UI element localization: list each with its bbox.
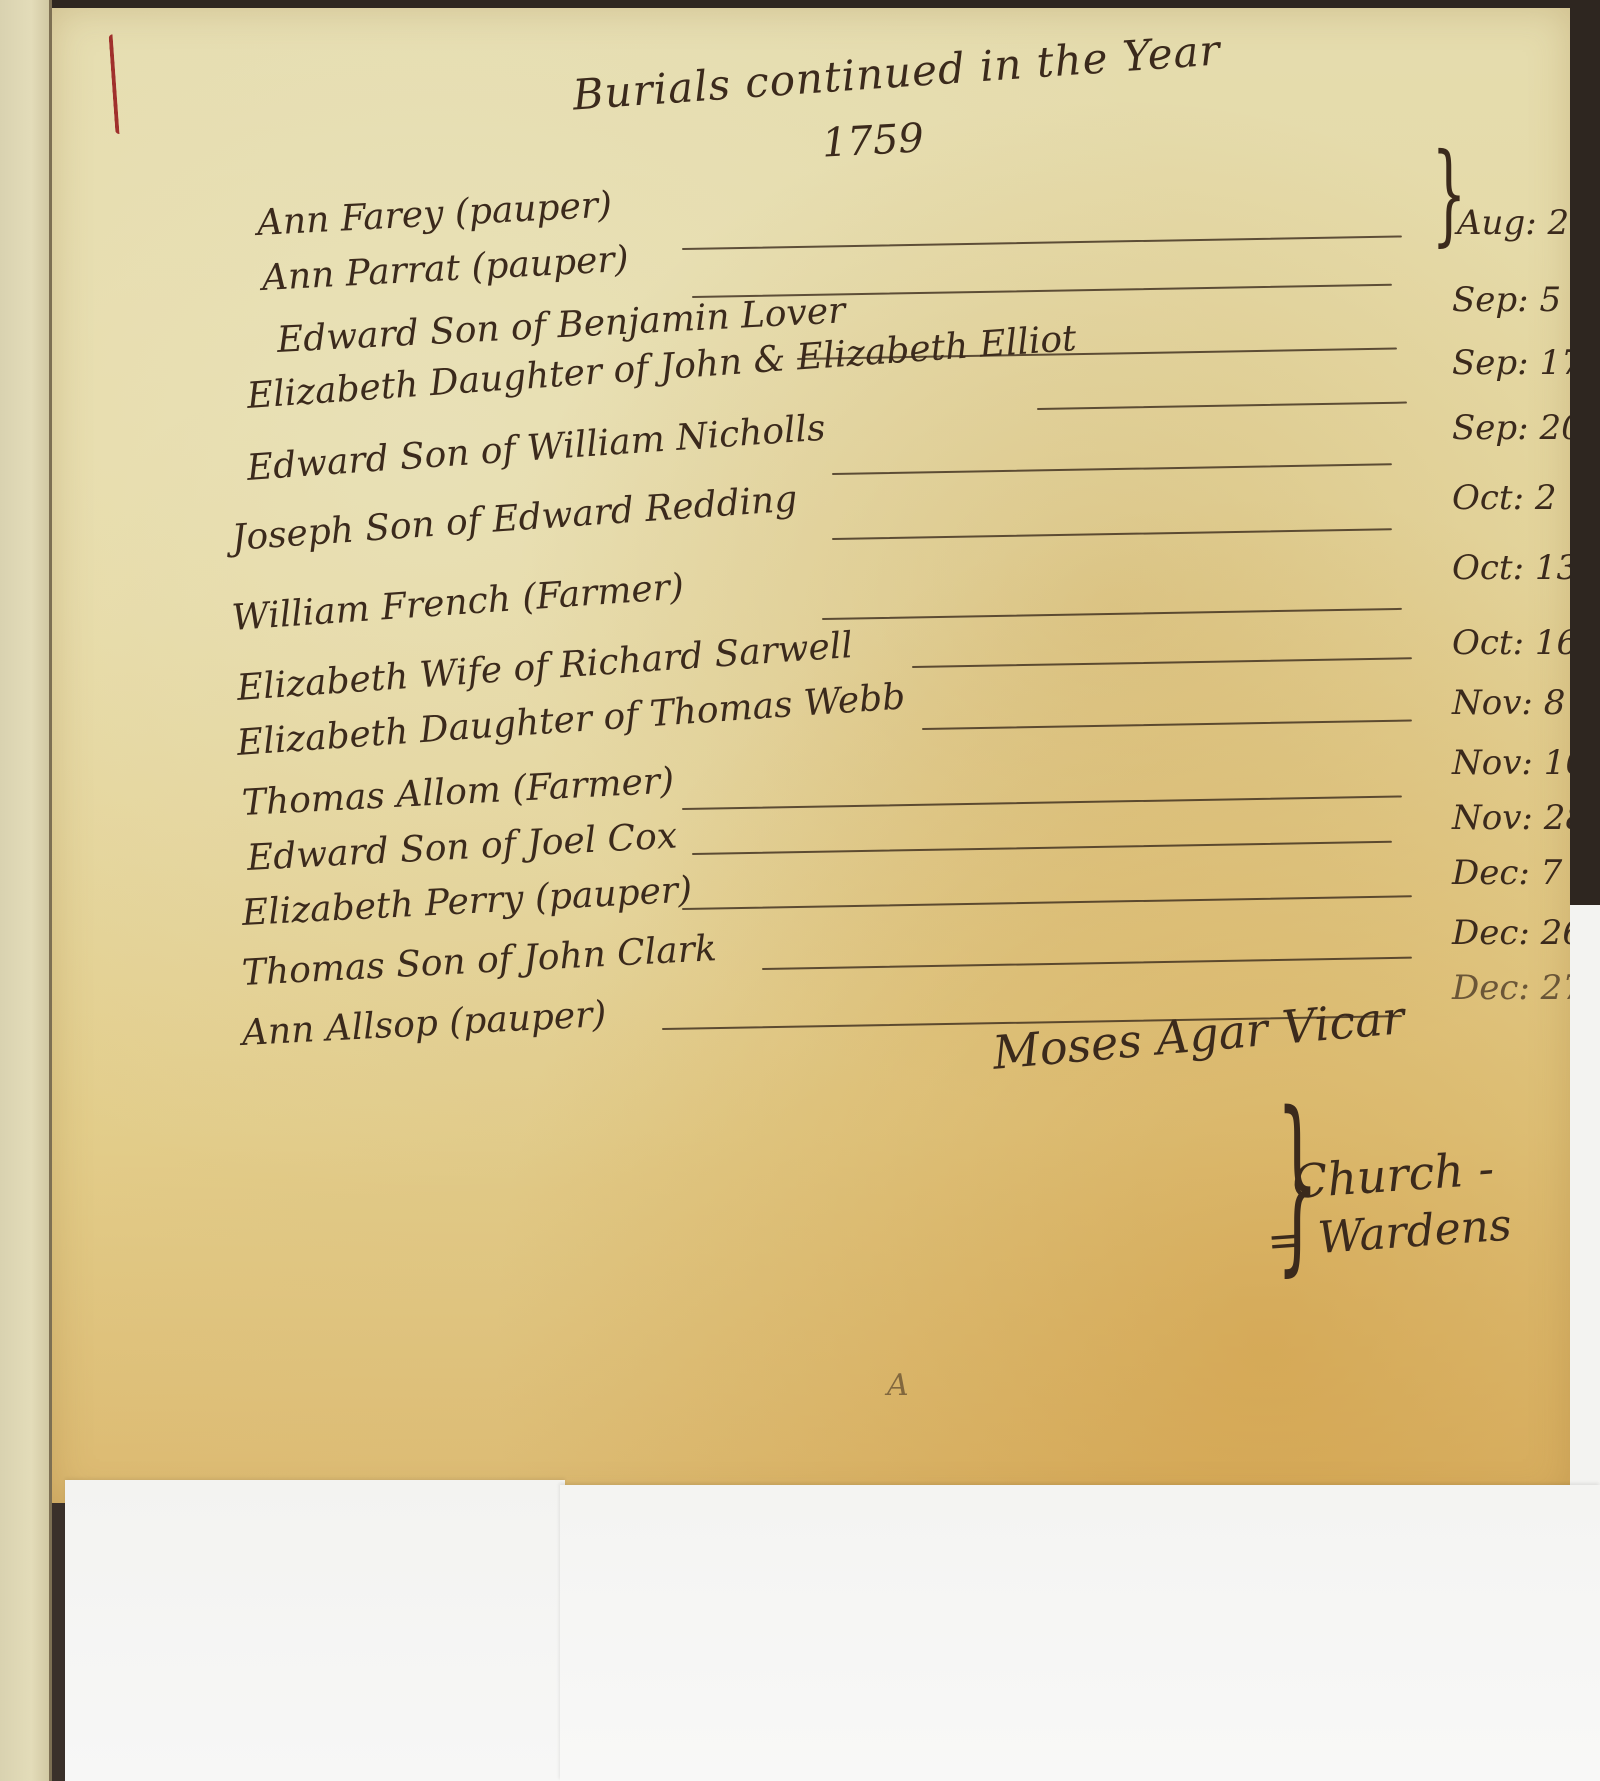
entry-date: Nov: 8 xyxy=(1452,683,1565,723)
red-thread-bookmark xyxy=(109,34,128,135)
entry-dash-rule xyxy=(822,608,1402,620)
entry-name: Elizabeth Perry (pauper) xyxy=(241,869,693,934)
vicar-signature: Moses Agar Vicar xyxy=(990,990,1406,1080)
entry-dash-rule xyxy=(682,795,1402,810)
white-backing-sheet-right xyxy=(560,1485,1600,1781)
entry-name: Joseph Son of Edward Redding xyxy=(231,479,799,559)
backing-paper-right xyxy=(1570,905,1600,1505)
entry-date: Sep: 17 xyxy=(1452,343,1583,383)
entry-dash-rule xyxy=(912,657,1412,668)
entry-date: Oct: 2 xyxy=(1452,478,1556,518)
entry-date: Dec: 27 xyxy=(1452,968,1570,1008)
entry-dash-rule xyxy=(682,235,1402,250)
entry-name: Thomas Son of John Clark xyxy=(241,928,718,994)
entry-name: Edward Son of Joel Cox xyxy=(246,815,678,878)
entry-name: Thomas Allom (Farmer) xyxy=(241,760,675,824)
entry-name: Edward Son of William Nicholls xyxy=(246,408,827,489)
entry-date: Dec: 26 xyxy=(1452,913,1584,953)
entry-date: Sep: 20 xyxy=(1452,408,1583,448)
previous-page-edge xyxy=(0,0,52,1781)
background-top xyxy=(0,0,1600,8)
entry-name: Ann Parrat (pauper) xyxy=(261,239,630,299)
entry-date: Sep: 5 xyxy=(1452,280,1561,320)
entry-name: Ann Allsop (pauper) xyxy=(241,994,607,1054)
entry-dash-rule xyxy=(832,528,1392,540)
churchwardens-label-church: Church - xyxy=(1290,1141,1495,1209)
white-backing-sheet-left xyxy=(65,1480,565,1781)
page-title: Burials continued in the Year xyxy=(571,25,1222,119)
entry-name: Ann Farey (pauper) xyxy=(256,184,613,244)
entry-date: Nov: 28 xyxy=(1452,798,1587,838)
entry-date: Oct: 16 xyxy=(1452,623,1578,663)
page-mark: A xyxy=(887,1368,909,1403)
entry-dash-rule xyxy=(1037,402,1407,410)
background-right xyxy=(1570,0,1600,905)
page-year: 1759 xyxy=(821,115,925,166)
entry-date: Nov: 10 xyxy=(1452,743,1587,783)
entry-dash-rule xyxy=(762,957,1412,970)
entry-date: Oct: 13 xyxy=(1452,548,1578,588)
entry-dash-rule xyxy=(692,841,1392,855)
entry-dash-rule xyxy=(922,719,1412,730)
entry-dash-rule xyxy=(682,895,1412,910)
entry-date: Dec: 7 xyxy=(1452,853,1562,893)
entry-dash-rule xyxy=(832,463,1392,475)
entry-name: William French (Farmer) xyxy=(231,566,686,638)
register-page: Burials continued in the Year 1759 } Ann… xyxy=(52,8,1570,1503)
